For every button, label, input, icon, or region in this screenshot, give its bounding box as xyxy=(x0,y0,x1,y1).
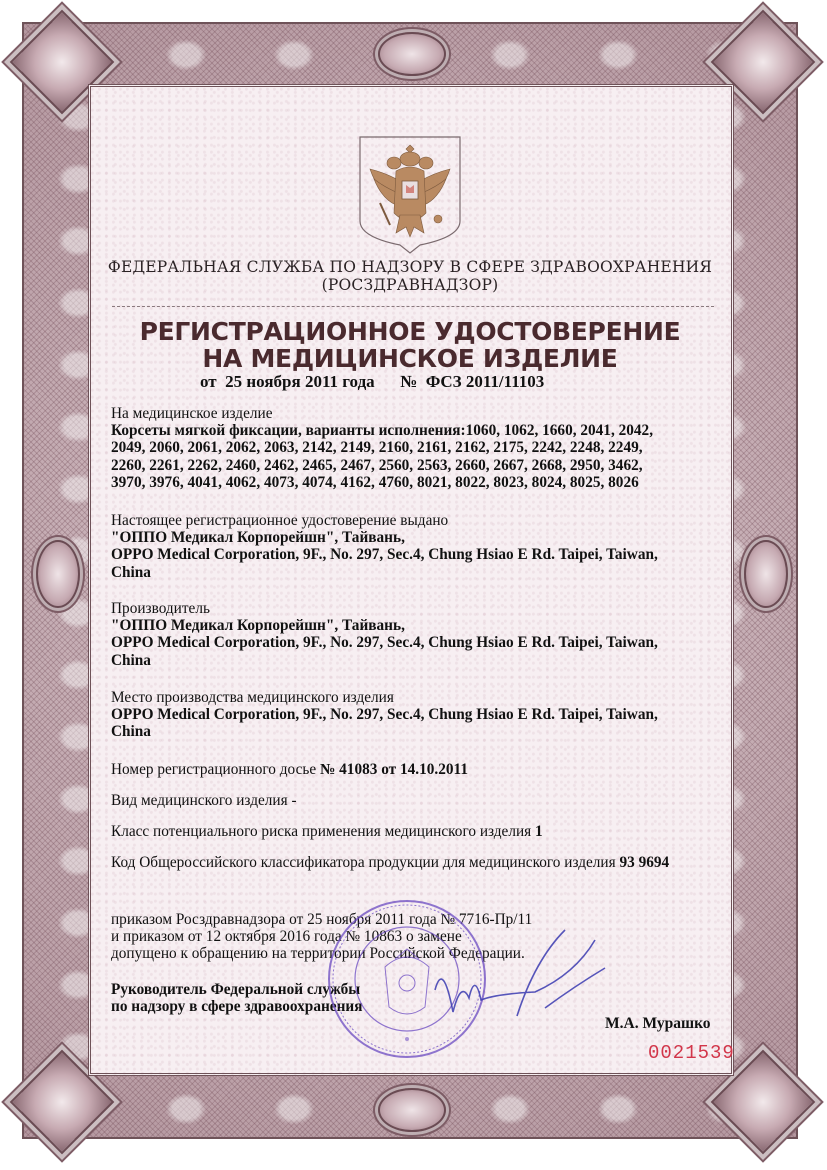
dossier-label: Номер регистрационного досье xyxy=(111,761,316,778)
signatory-title-line2: по надзору в сфере здравоохранения xyxy=(111,998,726,1015)
okp-code-row: Код Общероссийского классификатора проду… xyxy=(111,854,731,871)
risk-class-label: Класс потенциального риска применения ме… xyxy=(111,823,531,840)
manufacturer-section: Производитель "ОППО Медикал Корпорейшн",… xyxy=(111,600,726,669)
issued-to-country: China xyxy=(111,564,726,581)
production-site-label: Место производства медицинского изделия xyxy=(111,689,726,706)
signatory-title: Руководитель Федеральной службы по надзо… xyxy=(111,981,726,1015)
risk-class-row: Класс потенциального риска применения ме… xyxy=(111,823,726,840)
number-sign: № xyxy=(400,372,417,391)
device-label: На медицинское изделие xyxy=(111,405,726,422)
signatory-name: М.А. Мурашко xyxy=(605,1015,711,1033)
okp-code-label: Код Общероссийского классификатора проду… xyxy=(111,854,616,871)
order-line: допущено к обращению на территории Росси… xyxy=(111,945,726,962)
signatory-title-line1: Руководитель Федеральной службы xyxy=(111,981,726,998)
production-site-section: Место производства медицинского изделия … xyxy=(111,689,726,741)
dossier-value: № 41083 от 14.10.2011 xyxy=(320,761,468,778)
device-section: На медицинское изделие Корсеты мягкой фи… xyxy=(111,405,726,491)
device-line: 3970, 3976, 4041, 4062, 4073, 4074, 4162… xyxy=(111,474,726,491)
issued-to-address: OPPO Medical Corporation, 9F., No. 297, … xyxy=(111,546,726,563)
device-type-label: Вид медицинского изделия - xyxy=(111,792,297,809)
device-type-row: Вид медицинского изделия - xyxy=(111,792,726,809)
production-site-address: OPPO Medical Corporation, 9F., No. 297, … xyxy=(111,706,726,723)
manufacturer-address: OPPO Medical Corporation, 9F., No. 297, … xyxy=(111,634,726,651)
heading-divider xyxy=(112,306,714,307)
orders-section: приказом Росздравнадзора от 25 ноября 20… xyxy=(111,911,726,963)
left-medallion xyxy=(36,540,80,608)
serial-number: 0021539 xyxy=(648,1042,735,1064)
certificate-number: ФСЗ 2011/11103 xyxy=(426,372,545,391)
production-site-country: China xyxy=(111,723,726,740)
device-line: Корсеты мягкой фиксации, варианты исполн… xyxy=(111,422,726,439)
risk-class-value: 1 xyxy=(535,823,543,840)
issued-to-section: Настоящее регистрационное удостоверение … xyxy=(111,512,726,581)
agency-abbreviation: (РОСЗДРАВНАДЗОР) xyxy=(90,276,730,294)
device-line: 2260, 2261, 2262, 2460, 2462, 2465, 2467… xyxy=(111,457,726,474)
certificate-date-number: от 25 ноября 2011 года № ФСЗ 2011/11103 xyxy=(200,372,544,392)
certificate-date: от 25 ноября 2011 года xyxy=(200,372,375,391)
dossier-row: Номер регистрационного досье № 41083 от … xyxy=(111,761,726,778)
top-medallion xyxy=(378,32,446,76)
order-line: приказом Росздравнадзора от 25 ноября 20… xyxy=(111,911,726,928)
agency-name: ФЕДЕРАЛЬНАЯ СЛУЖБА ПО НАДЗОРУ В СФЕРЕ ЗД… xyxy=(90,258,730,276)
okp-code-value: 93 9694 xyxy=(619,854,669,871)
device-line: 2049, 2060, 2061, 2062, 2063, 2142, 2149… xyxy=(111,439,726,456)
right-medallion xyxy=(744,540,788,608)
coat-of-arms-icon xyxy=(356,133,464,255)
certificate-title-line2: НА МЕДИЦИНСКОЕ ИЗДЕЛИЕ xyxy=(90,345,730,373)
issued-to-name: "ОППО Медикал Корпорейшн", Тайвань, xyxy=(111,529,726,546)
order-line: и приказом от 12 октября 2016 года № 108… xyxy=(111,928,726,945)
manufacturer-label: Производитель xyxy=(111,600,726,617)
bottom-medallion xyxy=(378,1088,446,1132)
manufacturer-country: China xyxy=(111,652,726,669)
manufacturer-name: "ОППО Медикал Корпорейшн", Тайвань, xyxy=(111,617,726,634)
certificate-title-line1: РЕГИСТРАЦИОННОЕ УДОСТОВЕРЕНИЕ xyxy=(90,318,730,346)
issued-to-label: Настоящее регистрационное удостоверение … xyxy=(111,512,726,529)
